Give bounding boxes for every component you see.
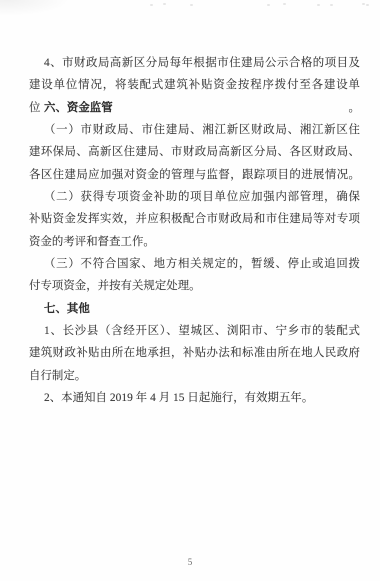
doc-line-effective-date: 2、本通知自 2019 年 4 月 15 日起施行，有效期五年。 xyxy=(29,387,360,409)
section-heading-7: 七、其他 xyxy=(29,298,360,320)
scan-speckle xyxy=(330,4,333,6)
scanned-document-page: 4、市财政局高新区分局每年根据市住建局公示合格的项目及 建设单位情况，将装配式建… xyxy=(0,0,380,581)
doc-line-clause1-cont2: 各区住建局应加强对资金的管理与监督，跟踪项目的进展情况。 xyxy=(29,164,360,186)
doc-line-other1: 1、长沙县（含经开区）、望城区、浏阳市、宁乡市的装配式 xyxy=(29,320,360,342)
doc-line-clause1-cont: 建环保局、高新区住建局、市财政局高新区分局、各区财政局、 xyxy=(29,141,360,163)
scan-speckle xyxy=(366,4,369,6)
doc-line-clause3-end: 付专项资金，并按有关规定处理。 xyxy=(29,275,360,297)
document-body: 4、市财政局高新区分局每年根据市住建局公示合格的项目及 建设单位情况，将装配式建… xyxy=(29,52,360,409)
doc-line-other1-end: 自行制定。 xyxy=(29,365,360,387)
doc-line-other1-cont: 建筑财政补贴由所在地承担，补贴办法和标准由所在地人民政府 xyxy=(29,342,360,364)
scan-speckle xyxy=(317,4,320,6)
doc-line-clause2-end: 资金的考评和督查工作。 xyxy=(29,231,360,253)
doc-line-item4: 4、市财政局高新区分局每年根据市住建局公示合格的项目及 xyxy=(29,52,360,74)
scan-speckle xyxy=(163,3,166,5)
scan-corner-smudge xyxy=(0,0,70,16)
scan-speckle xyxy=(190,4,193,6)
scan-speckle xyxy=(362,3,365,5)
doc-line-clause3: （三）不符合国家、地方相关规定的，暂缓、停止或追回拨 xyxy=(29,253,360,275)
doc-line-item4-cont: 建设单位情况，将装配式建筑补贴资金按程序拨付至各建设单位。 xyxy=(29,74,360,96)
doc-line-clause2-cont: 补贴资金发挥实效，并应积极配合市财政局和市住建局等对专项 xyxy=(29,208,360,230)
scan-speckle xyxy=(150,4,153,6)
page-number: 5 xyxy=(0,557,380,567)
doc-line-clause2: （二）获得专项资金补助的项目单位应加强内部管理，确保 xyxy=(29,186,360,208)
scan-speckle xyxy=(267,4,270,6)
doc-line-clause1: （一）市财政局、市住建局、湘江新区财政局、湘江新区住 xyxy=(29,119,360,141)
scan-speckle xyxy=(283,3,286,5)
